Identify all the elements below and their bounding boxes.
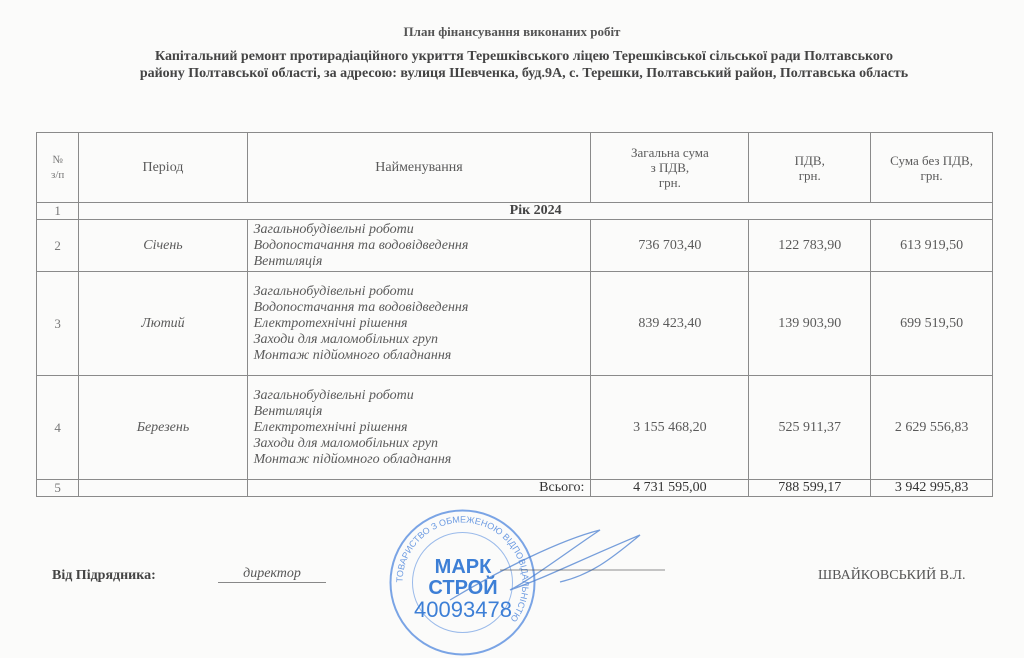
signature-icon bbox=[440, 520, 670, 610]
row-num: 1 bbox=[37, 203, 79, 220]
grand-total: 4 731 595,00 bbox=[591, 480, 749, 497]
row-period: Лютий bbox=[79, 272, 247, 376]
row-vat: 525 911,37 bbox=[749, 376, 871, 480]
row-num: 3 bbox=[37, 272, 79, 376]
row-items: Загальнобудівельні роботи Вентиляція Еле… bbox=[247, 376, 591, 480]
row-num: 5 bbox=[37, 480, 79, 497]
financing-plan-table: № з/п Період Найменування Загальна сума … bbox=[36, 132, 993, 497]
header-vat: ПДВ, грн. bbox=[749, 133, 871, 203]
table-header-row: № з/п Період Найменування Загальна сума … bbox=[37, 133, 993, 203]
year-label: Рік 2024 bbox=[79, 203, 993, 220]
document-title: План фінансування виконаних робіт bbox=[0, 24, 1024, 40]
table-row: 2 Січень Загальнобудівельні роботи Водоп… bbox=[37, 220, 993, 272]
header-name: Найменування bbox=[247, 133, 591, 203]
row-items: Загальнобудівельні роботи Водопостачання… bbox=[247, 272, 591, 376]
table-row: 3 Лютий Загальнобудівельні роботи Водопо… bbox=[37, 272, 993, 376]
row-total: 736 703,40 bbox=[591, 220, 749, 272]
document-subtitle: Капітальний ремонт протирадіаційного укр… bbox=[24, 48, 1024, 82]
signer-name: ШВАЙКОВСЬКИЙ В.Л. bbox=[818, 568, 966, 584]
row-net: 699 519,50 bbox=[871, 272, 993, 376]
year-row: 1 Рік 2024 bbox=[37, 203, 993, 220]
table-row: 4 Березень Загальнобудівельні роботи Вен… bbox=[37, 376, 993, 480]
header-net: Сума без ПДВ, грн. bbox=[871, 133, 993, 203]
row-vat: 139 903,90 bbox=[749, 272, 871, 376]
contractor-role: директор bbox=[218, 566, 326, 583]
total-row: 5 Всього: 4 731 595,00 788 599,17 3 942 … bbox=[37, 480, 993, 497]
header-period: Період bbox=[79, 133, 247, 203]
header-num: № з/п bbox=[37, 133, 79, 203]
contractor-label: Від Підрядника: bbox=[52, 568, 156, 584]
row-period: Березень bbox=[79, 376, 247, 480]
grand-net: 3 942 995,83 bbox=[871, 480, 993, 497]
row-total: 3 155 468,20 bbox=[591, 376, 749, 480]
header-total-with-vat: Загальна сума з ПДВ, грн. bbox=[591, 133, 749, 203]
total-empty-cell bbox=[79, 480, 247, 497]
row-net: 613 919,50 bbox=[871, 220, 993, 272]
row-period: Січень bbox=[79, 220, 247, 272]
subtitle-line-2: району Полтавської області, за адресою: … bbox=[24, 65, 1024, 82]
row-num: 4 bbox=[37, 376, 79, 480]
row-net: 2 629 556,83 bbox=[871, 376, 993, 480]
grand-vat: 788 599,17 bbox=[749, 480, 871, 497]
subtitle-line-1: Капітальний ремонт протирадіаційного укр… bbox=[24, 48, 1024, 65]
row-vat: 122 783,90 bbox=[749, 220, 871, 272]
total-label: Всього: bbox=[247, 480, 591, 497]
row-items: Загальнобудівельні роботи Водопостачання… bbox=[247, 220, 591, 272]
row-total: 839 423,40 bbox=[591, 272, 749, 376]
row-num: 2 bbox=[37, 220, 79, 272]
